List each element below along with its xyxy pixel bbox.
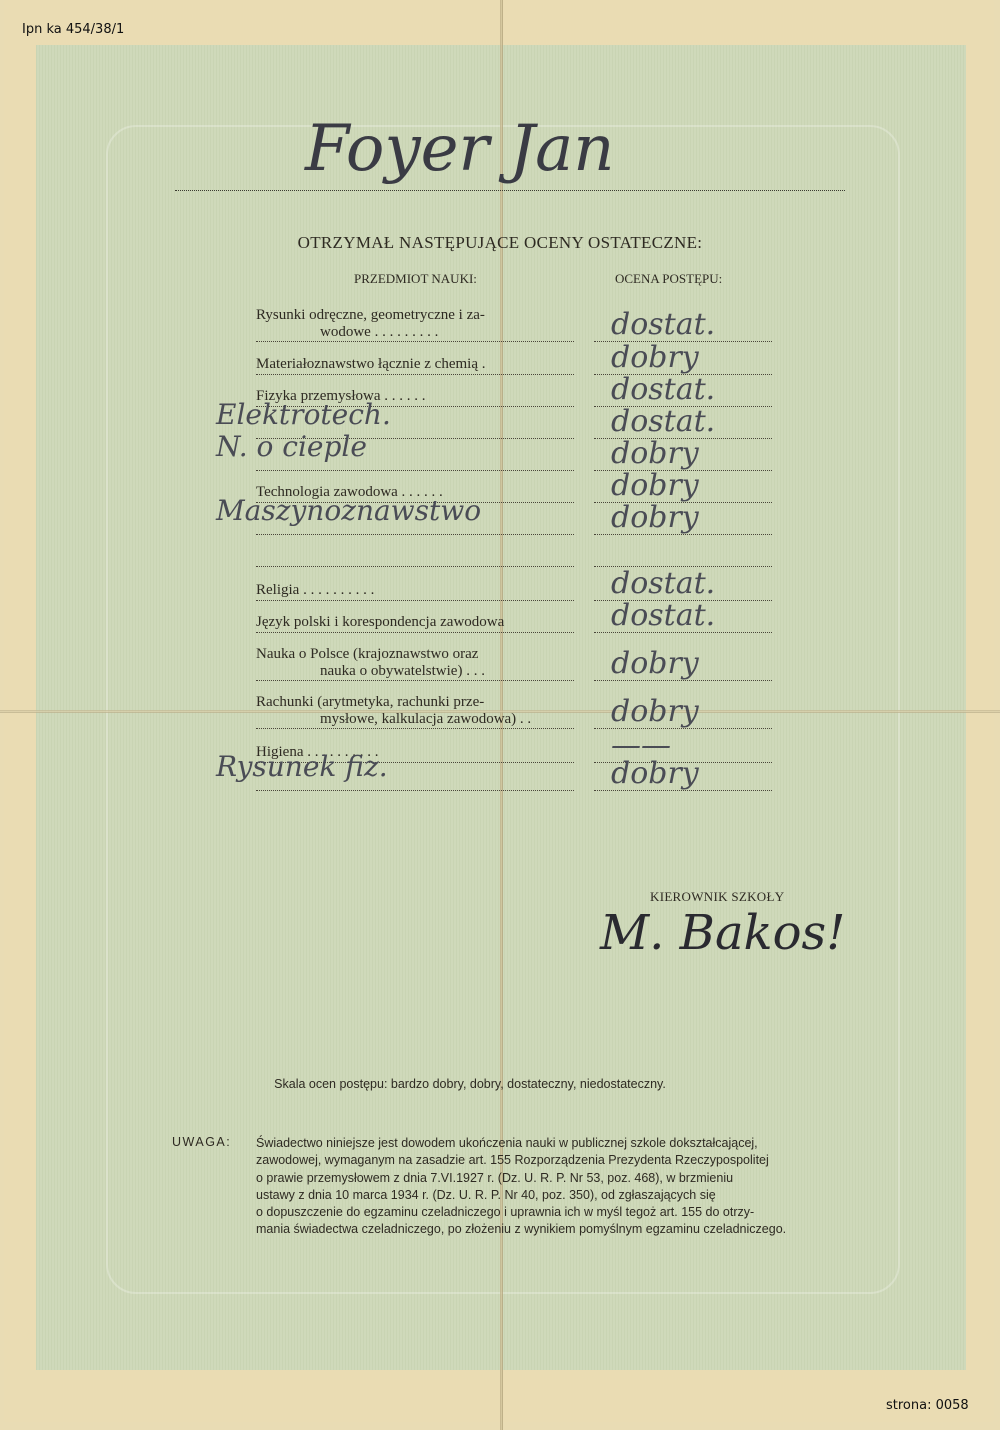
dotted-line (256, 790, 574, 791)
subject-name: Religia . . . . . . . . . . (256, 582, 574, 599)
grade-value: dobry (611, 500, 699, 535)
dotted-line (256, 680, 574, 681)
subject-name: Rysunek fiz. (216, 758, 534, 775)
subject-line: Język polski i korespondencja zawodowa (256, 614, 574, 631)
note-line: o dopuszczenie do egzaminu czeladniczego… (256, 1204, 846, 1221)
subject-name: Materiałoznawstwo łącznie z chemią . (256, 356, 574, 373)
subject-line: Materiałoznawstwo łącznie z chemią . (256, 356, 574, 373)
note-line: zawodowej, wymaganym na zasadzie art. 15… (256, 1152, 846, 1169)
grades-heading: OTRZYMAŁ NASTĘPUJĄCE OCENY OSTATECZNE: (0, 233, 1000, 253)
grade-value: dostat. (611, 372, 715, 407)
subject-name: Nauka o Polsce (krajoznawstwo oraznauka … (256, 646, 574, 680)
subject-line: Rysunki odręczne, geometryczne i za- (256, 307, 574, 324)
subject-line: Elektrotech. (216, 406, 534, 423)
subject-column-header: PRZEDMIOT NAUKI: (354, 271, 477, 287)
subject-line: N. o cieple (216, 438, 534, 455)
subject-line: Rysunek fiz. (216, 758, 534, 775)
grade-value: dostat. (611, 598, 715, 633)
dotted-line (256, 600, 574, 601)
document-page: Ipn ka 454/38/1 strona: 0058 Foyer Jan O… (0, 0, 1000, 1430)
subject-name: Maszynoznawstwo (216, 502, 534, 519)
signature-label: KIEROWNIK SZKOŁY (650, 889, 784, 905)
dotted-line (256, 374, 574, 375)
subject-line: Maszynoznawstwo (216, 502, 534, 519)
dotted-line (256, 632, 574, 633)
grade-value: dobry (611, 340, 699, 375)
subject-name: Rysunki odręczne, geometryczne i za-wodo… (256, 307, 574, 341)
grade-value: dobry (611, 756, 699, 791)
dotted-line (256, 534, 574, 535)
subject-line: Rachunki (arytmetyka, rachunki prze- (256, 694, 574, 711)
grade-value: dobry (611, 694, 699, 729)
note-label: UWAGA: (172, 1135, 231, 1149)
grade-value: dobry (611, 468, 699, 503)
note-line: ustawy z dnia 10 marca 1934 r. (Dz. U. R… (256, 1187, 846, 1204)
subject-line: Nauka o Polsce (krajoznawstwo oraz (256, 646, 574, 663)
grade-value: dobry (611, 646, 699, 681)
note-line: o prawie przemysłowem z dnia 7.VI.1927 r… (256, 1170, 846, 1187)
subject-line: wodowe . . . . . . . . . (256, 324, 574, 341)
grading-scale-note: Skala ocen postępu: bardzo dobry, dobry,… (0, 1077, 940, 1091)
subject-name: Język polski i korespondencja zawodowa (256, 614, 574, 631)
name-dotted-line (175, 190, 845, 191)
dotted-line (256, 728, 574, 729)
note-line: Świadectwo niniejsze jest dowodem ukończ… (256, 1135, 846, 1152)
grade-value: dobry (611, 436, 699, 471)
dotted-line (256, 470, 574, 471)
dotted-line (256, 566, 574, 567)
subject-name: N. o cieple (216, 438, 534, 455)
subject-line: nauka o obywatelstwie) . . . (256, 663, 574, 680)
grade-value: dostat. (611, 566, 715, 601)
subject-name: Rachunki (arytmetyka, rachunki prze-mysł… (256, 694, 574, 728)
legal-note: Świadectwo niniejsze jest dowodem ukończ… (256, 1135, 846, 1239)
subject-line: mysłowe, kalkulacja zawodowa) . . (256, 711, 574, 728)
note-line: mania świadectwa czeladniczego, po złoże… (256, 1221, 846, 1238)
student-name: Foyer Jan (305, 112, 614, 186)
subject-name: Elektrotech. (216, 406, 534, 423)
subject-line: Religia . . . . . . . . . . (256, 582, 574, 599)
principal-signature: M. Bakos! (600, 905, 845, 961)
archive-reference: Ipn ka 454/38/1 (22, 22, 124, 37)
grade-value: dostat. (611, 404, 715, 439)
grade-value: dostat. (611, 307, 715, 342)
page-number: strona: 0058 (886, 1398, 969, 1413)
dotted-line (256, 341, 574, 342)
grade-column-header: OCENA POSTĘPU: (615, 271, 722, 287)
